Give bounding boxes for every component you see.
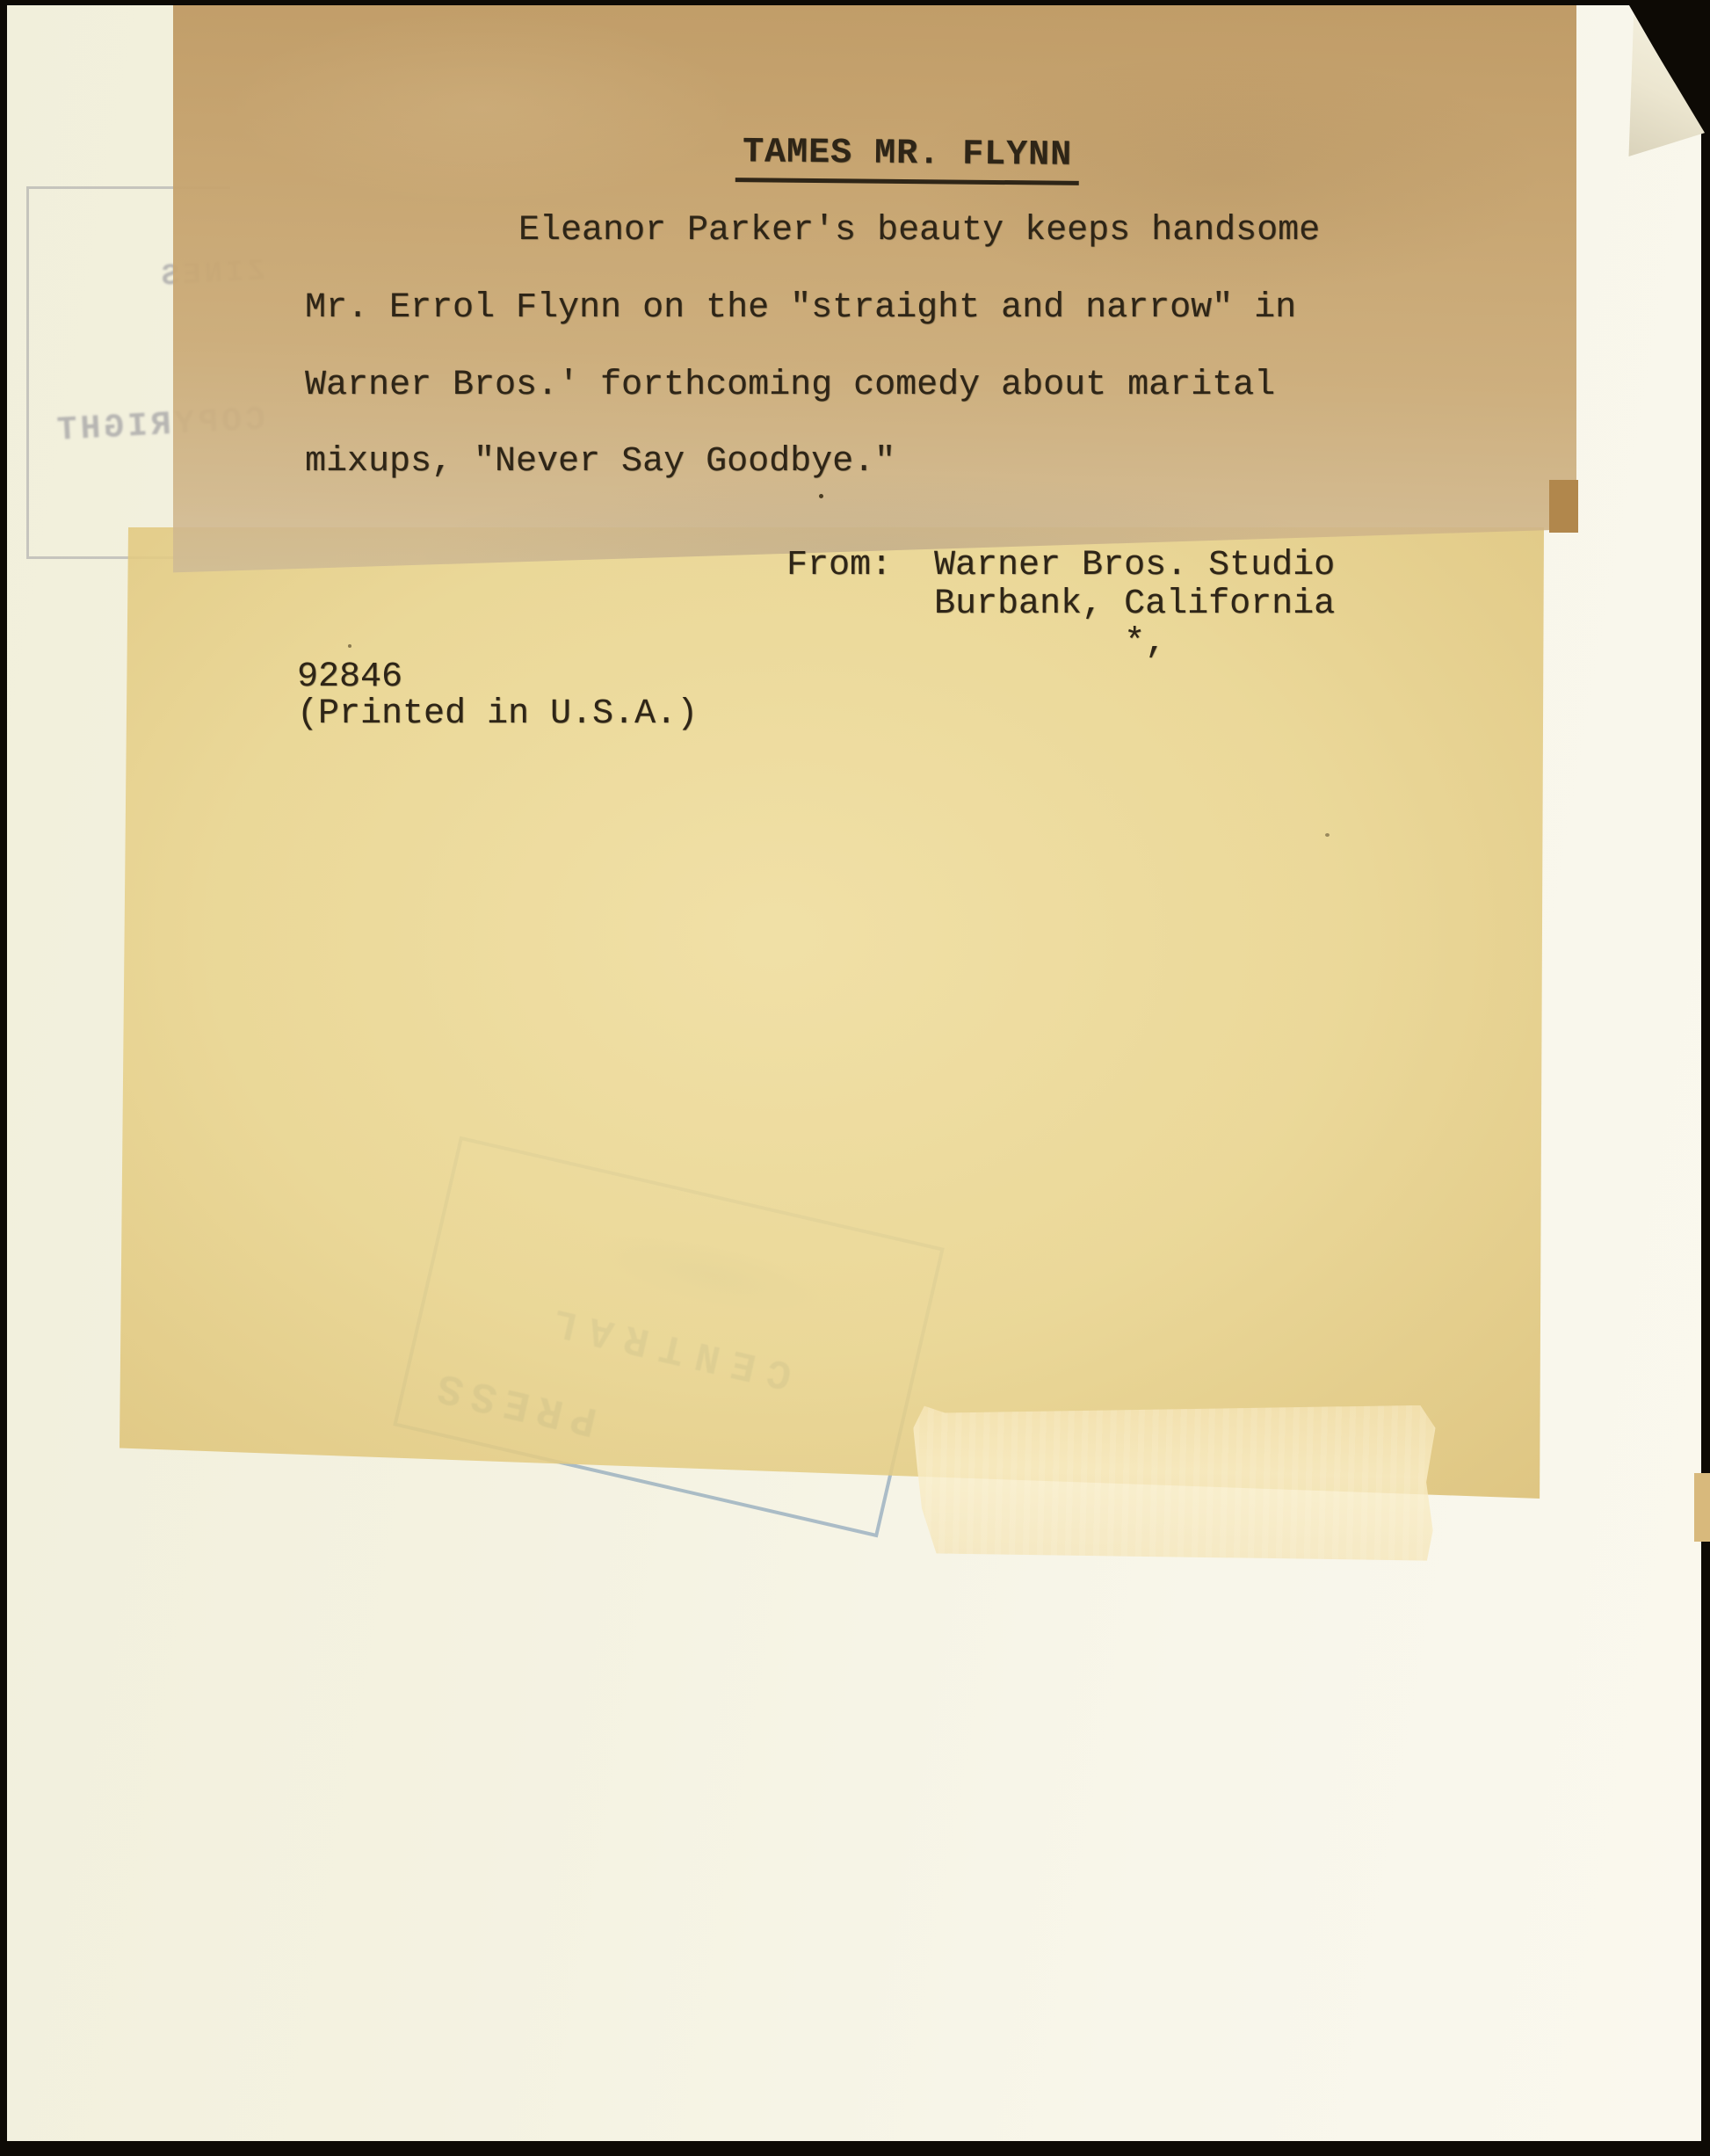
dust-speck bbox=[819, 494, 823, 498]
caption-from-block: From: Warner Bros. Studio Burbank, Calif… bbox=[786, 547, 1335, 663]
dust-speck bbox=[348, 644, 351, 648]
caption-body-line-1: Eleanor Parker's beauty keeps handsome bbox=[518, 212, 1320, 250]
caption-number-block: 92846 (Printed in U.S.A.) bbox=[297, 659, 698, 733]
caption-title: TAMES MR. FLYNN bbox=[699, 97, 1072, 184]
caption-body-line-2: Mr. Errol Flynn on the "straight and nar… bbox=[305, 289, 1296, 328]
caption-title-text: TAMES MR. FLYNN bbox=[735, 134, 1080, 185]
caption-body-line-3: Warner Bros.' forthcoming comedy about m… bbox=[305, 367, 1275, 405]
tape-strip bbox=[910, 1393, 1436, 1565]
right-edge-paper-scrap bbox=[1694, 1473, 1710, 1542]
scanned-photo-back: { "document": { "title": "TAMES MR. FLYN… bbox=[0, 0, 1710, 2156]
folded-corner-flap bbox=[1622, 9, 1705, 156]
tissue-corner-tab bbox=[1549, 480, 1578, 533]
dust-speck bbox=[1325, 833, 1330, 837]
caption-body-line-4: mixups, "Never Say Goodbye." bbox=[305, 443, 895, 482]
